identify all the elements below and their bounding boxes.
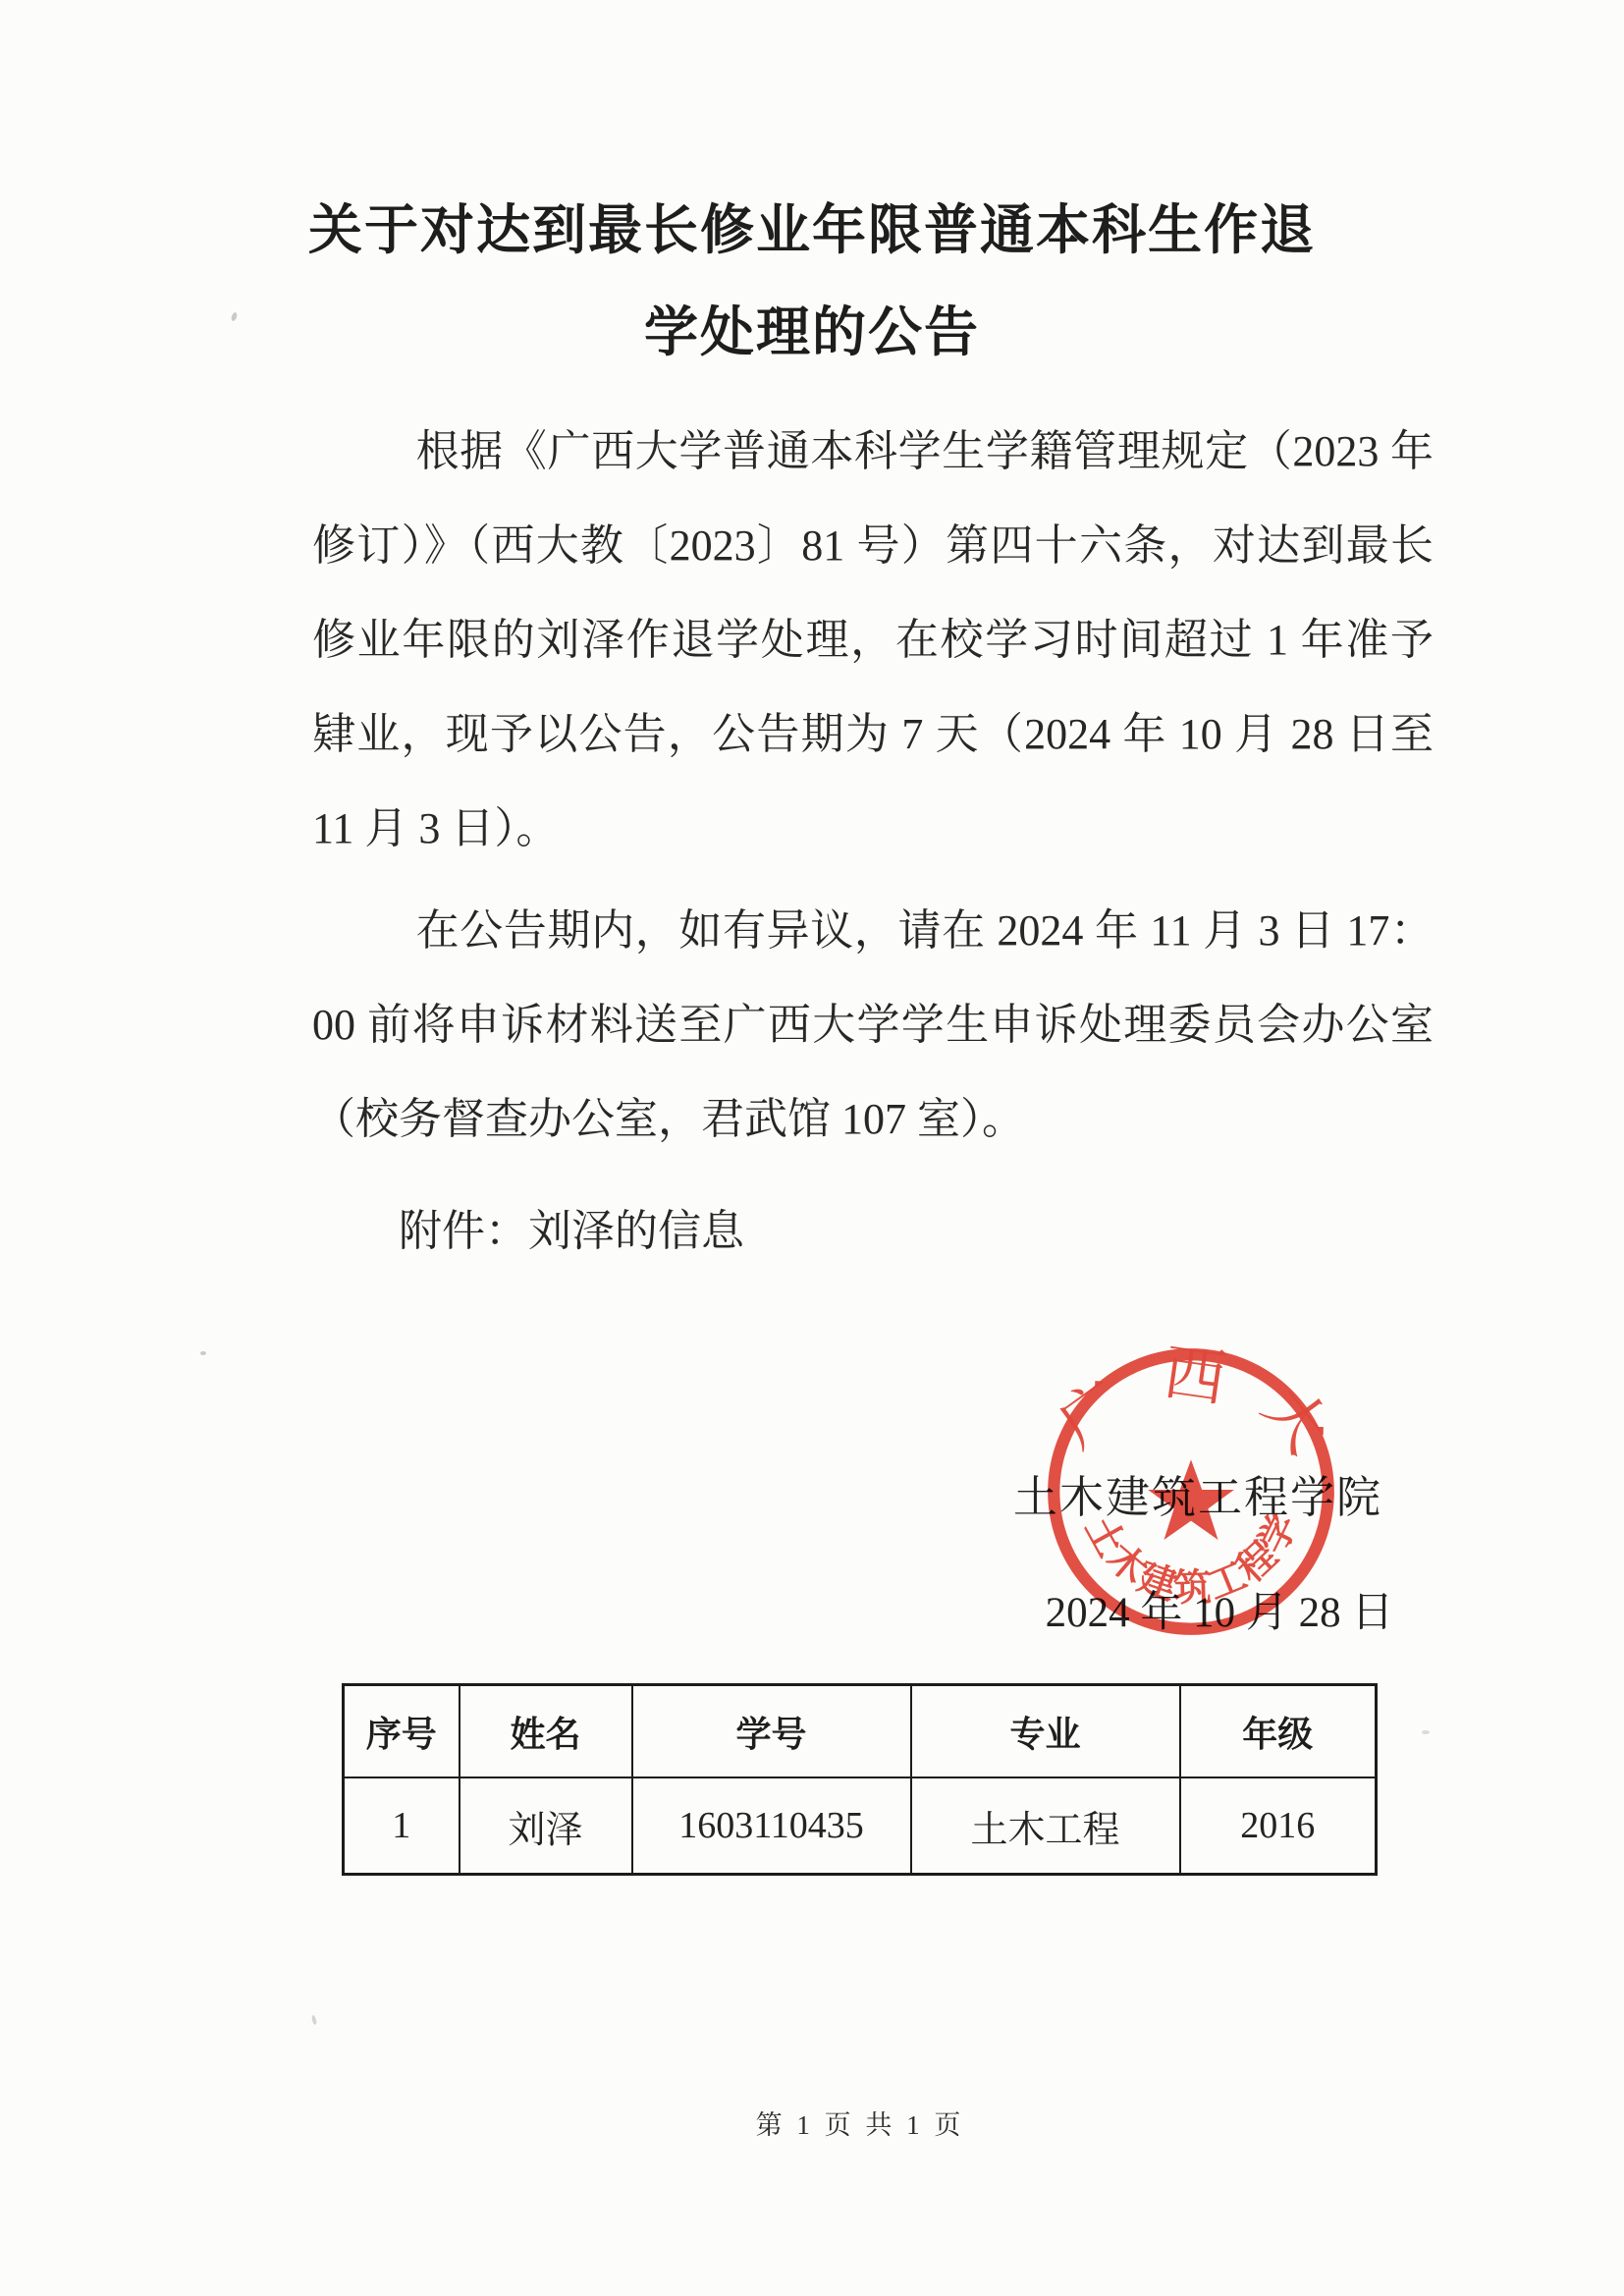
col-header-major: 专业 bbox=[911, 1685, 1180, 1778]
cell-major: 土木工程 bbox=[911, 1777, 1180, 1875]
cell-grade: 2016 bbox=[1180, 1777, 1377, 1875]
col-header-student-id: 学号 bbox=[632, 1685, 911, 1778]
attachment-line: 附件：刘泽的信息 bbox=[312, 1184, 1434, 1279]
page-number-footer: 第 1 页 共 1 页 bbox=[0, 2104, 1624, 2142]
page-title: 关于对达到最长修业年限普通本科生作退 学处理的公告 bbox=[0, 179, 1624, 383]
table-row: 1 刘泽 1603110435 土木工程 2016 bbox=[344, 1777, 1377, 1875]
table-header-row: 序号 姓名 学号 专业 年级 bbox=[344, 1685, 1377, 1778]
scan-speckle bbox=[1422, 1730, 1430, 1734]
signature-department: 土木建筑工程学院 bbox=[1011, 1461, 1384, 1525]
signature-date: 2024 年 10 月 28 日 bbox=[1023, 1579, 1416, 1639]
scan-speckle bbox=[200, 1351, 206, 1355]
col-header-grade: 年级 bbox=[1180, 1685, 1377, 1778]
scan-speckle bbox=[311, 2015, 317, 2026]
cell-index: 1 bbox=[344, 1777, 460, 1875]
student-info-table: 序号 姓名 学号 专业 年级 1 刘泽 1603110435 土木工程 2016 bbox=[342, 1683, 1378, 1876]
paragraph-appeal: 在公告期内，如有异议，请在 2024 年 11 月 3 日 17：00 前将申诉… bbox=[312, 884, 1434, 1167]
col-header-name: 姓名 bbox=[460, 1685, 632, 1778]
col-header-index: 序号 bbox=[344, 1685, 460, 1778]
title-line-1: 关于对达到最长修业年限普通本科生作退 bbox=[0, 179, 1624, 281]
document-page: 关于对达到最长修业年限普通本科生作退 学处理的公告 根据《广西大学普通本科学生学… bbox=[0, 0, 1624, 2296]
cell-name: 刘泽 bbox=[460, 1777, 632, 1875]
title-line-2: 学处理的公告 bbox=[0, 281, 1624, 383]
cell-student-id: 1603110435 bbox=[632, 1777, 911, 1875]
paragraph-basis: 根据《广西大学普通本科学生学籍管理规定（2023 年修订）》（西大教〔2023〕… bbox=[312, 405, 1434, 876]
